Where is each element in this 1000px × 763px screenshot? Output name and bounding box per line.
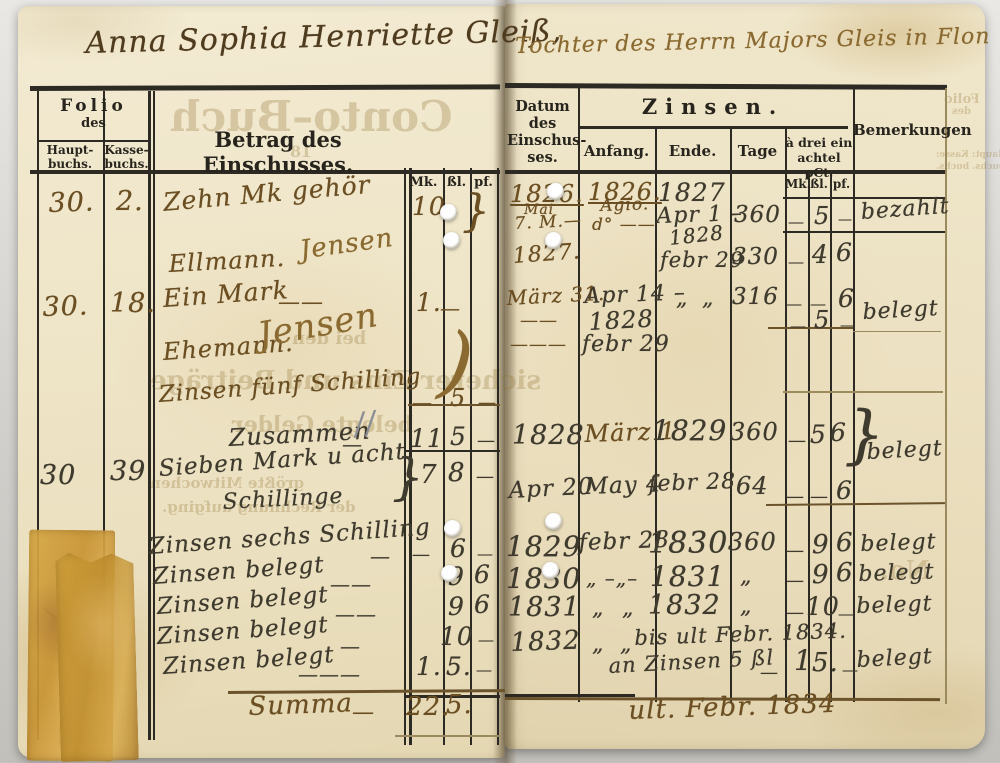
ledger-scan: Conto–Buch18bei densicherer Zins und Bei…: [0, 0, 1000, 763]
punch-hole: [440, 204, 457, 221]
artifact-layer: [0, 0, 1000, 763]
punch-hole: [545, 513, 562, 530]
punch-hole: [547, 183, 564, 200]
punch-hole: [441, 565, 458, 582]
punch-hole: [443, 232, 460, 249]
punch-hole: [444, 520, 461, 537]
punch-hole: [542, 562, 559, 579]
punch-hole: [545, 232, 562, 249]
tape-stain: [55, 551, 139, 762]
